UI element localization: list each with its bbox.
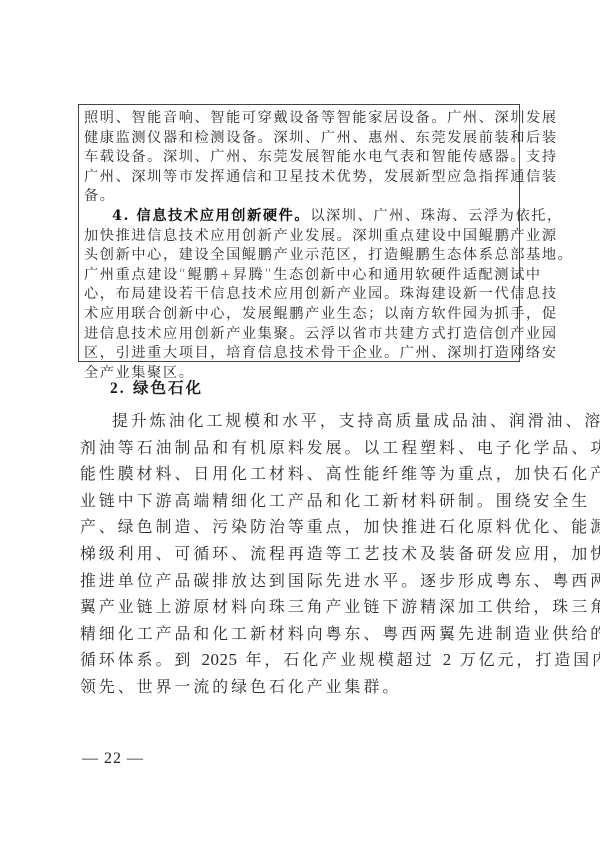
box-line: 车载设备。深圳、广州、东莞发展智能水电气表和智能传感器。支持 <box>84 148 515 168</box>
paragraph-line: 翼产业链上游原材料向珠三角产业链下游精深加工供给，珠三角 <box>80 594 525 621</box>
box-line: 广州重点建设“鲲鹏+昇腾”生态创新中心和通用软硬件适配测试中 <box>84 266 515 286</box>
section-number: 2. <box>110 380 126 397</box>
paragraph-line: 提升炼油化工规模和水平，支持高质量成品油、润滑油、溶 <box>80 408 525 435</box>
box-line: 照明、智能音响、智能可穿戴设备等智能家居设备。广州、深圳发展 <box>84 109 515 129</box>
section-paragraph: 提升炼油化工规模和水平，支持高质量成品油、润滑油、溶 剂油等石油制品和有机原料发… <box>80 408 525 701</box>
paragraph-line: 产、绿色制造、污染防治等重点，加快推进石化原料优化、能源 <box>80 514 525 541</box>
box-line: 头创新中心，建设全国鲲鹏产业示范区，打造鲲鹏生态体系总部基地。 <box>84 246 515 266</box>
scale-value: 2 <box>443 650 452 669</box>
paragraph-line: 精细化工产品和化工新材料向粤东、粤西两翼先进制造业供给的 <box>80 621 525 648</box>
paragraph-line: 剂油等石油制品和有机原料发展。以工程塑料、电子化学品、功 <box>80 435 525 462</box>
document-page: 照明、智能音响、智能可穿戴设备等智能家居设备。广州、深圳发展 健康监测仪器和检测… <box>0 0 600 848</box>
text-segment: 万亿元，打造国内 <box>452 650 600 669</box>
box-line: 区，引进重大项目，培育信息技术骨干企业。广州、深圳打造网络安 <box>84 344 515 364</box>
year-value: 2025 <box>202 650 238 669</box>
boxed-text-panel: 照明、智能音响、智能可穿戴设备等智能家居设备。广州、深圳发展 健康监测仪器和检测… <box>78 104 520 362</box>
box-line: 备。 <box>84 187 515 207</box>
box-item4-first-line: 4. 信息技术应用创新硬件。以深圳、广州、珠海、云浮为依托， <box>84 207 515 227</box>
paragraph-line: 推进单位产品碳排放达到国际先进水平。逐步形成粤东、粤西两 <box>80 568 525 595</box>
text-segment: 年，石化产业规模超过 <box>238 650 443 669</box>
text-segment: 循环体系。到 <box>80 650 202 669</box>
box-item4-title: 4. 信息技术应用创新硬件。 <box>112 208 310 224</box>
box-line: 加快推进信息技术应用创新产业发展。深圳重点建设中国鲲鹏产业源 <box>84 227 515 247</box>
paragraph-line: 领先、世界一流的绿色石化产业集群。 <box>80 674 525 701</box>
box-line: 进信息技术应用创新产业集聚。云浮以省市共建方式打造信创产业园 <box>84 325 515 345</box>
box-line: 健康监测仪器和检测设备。深圳、广州、惠州、东莞发展前装和后装 <box>84 129 515 149</box>
box-line: 心，布局建设若干信息技术应用创新产业园。珠海建设新一代信息技 <box>84 285 515 305</box>
paragraph-line: 能性膜材料、日用化工材料、高性能纤维等为重点，加快石化产 <box>80 461 525 488</box>
section-heading: 2. 绿色石化 <box>110 376 203 398</box>
section-title: 绿色石化 <box>133 378 203 397</box>
box-item4-text: 以深圳、广州、珠海、云浮为依托， <box>310 208 563 224</box>
box-line: 术应用联合创新中心，发展鲲鹏产业生态；以南方软件园为抓手，促 <box>84 305 515 325</box>
paragraph-line: 梯级利用、可循环、流程再造等工艺技术及装备研发应用，加快 <box>80 541 525 568</box>
page-number: — 22 — <box>82 750 144 768</box>
paragraph-line: 循环体系。到 2025 年，石化产业规模超过 2 万亿元，打造国内 <box>80 647 525 674</box>
paragraph-line: 业链中下游高端精细化工产品和化工新材料研制。围绕安全生 <box>80 488 525 515</box>
box-line: 广州、深圳等市发挥通信和卫星技术优势，发展新型应急指挥通信装 <box>84 168 515 188</box>
